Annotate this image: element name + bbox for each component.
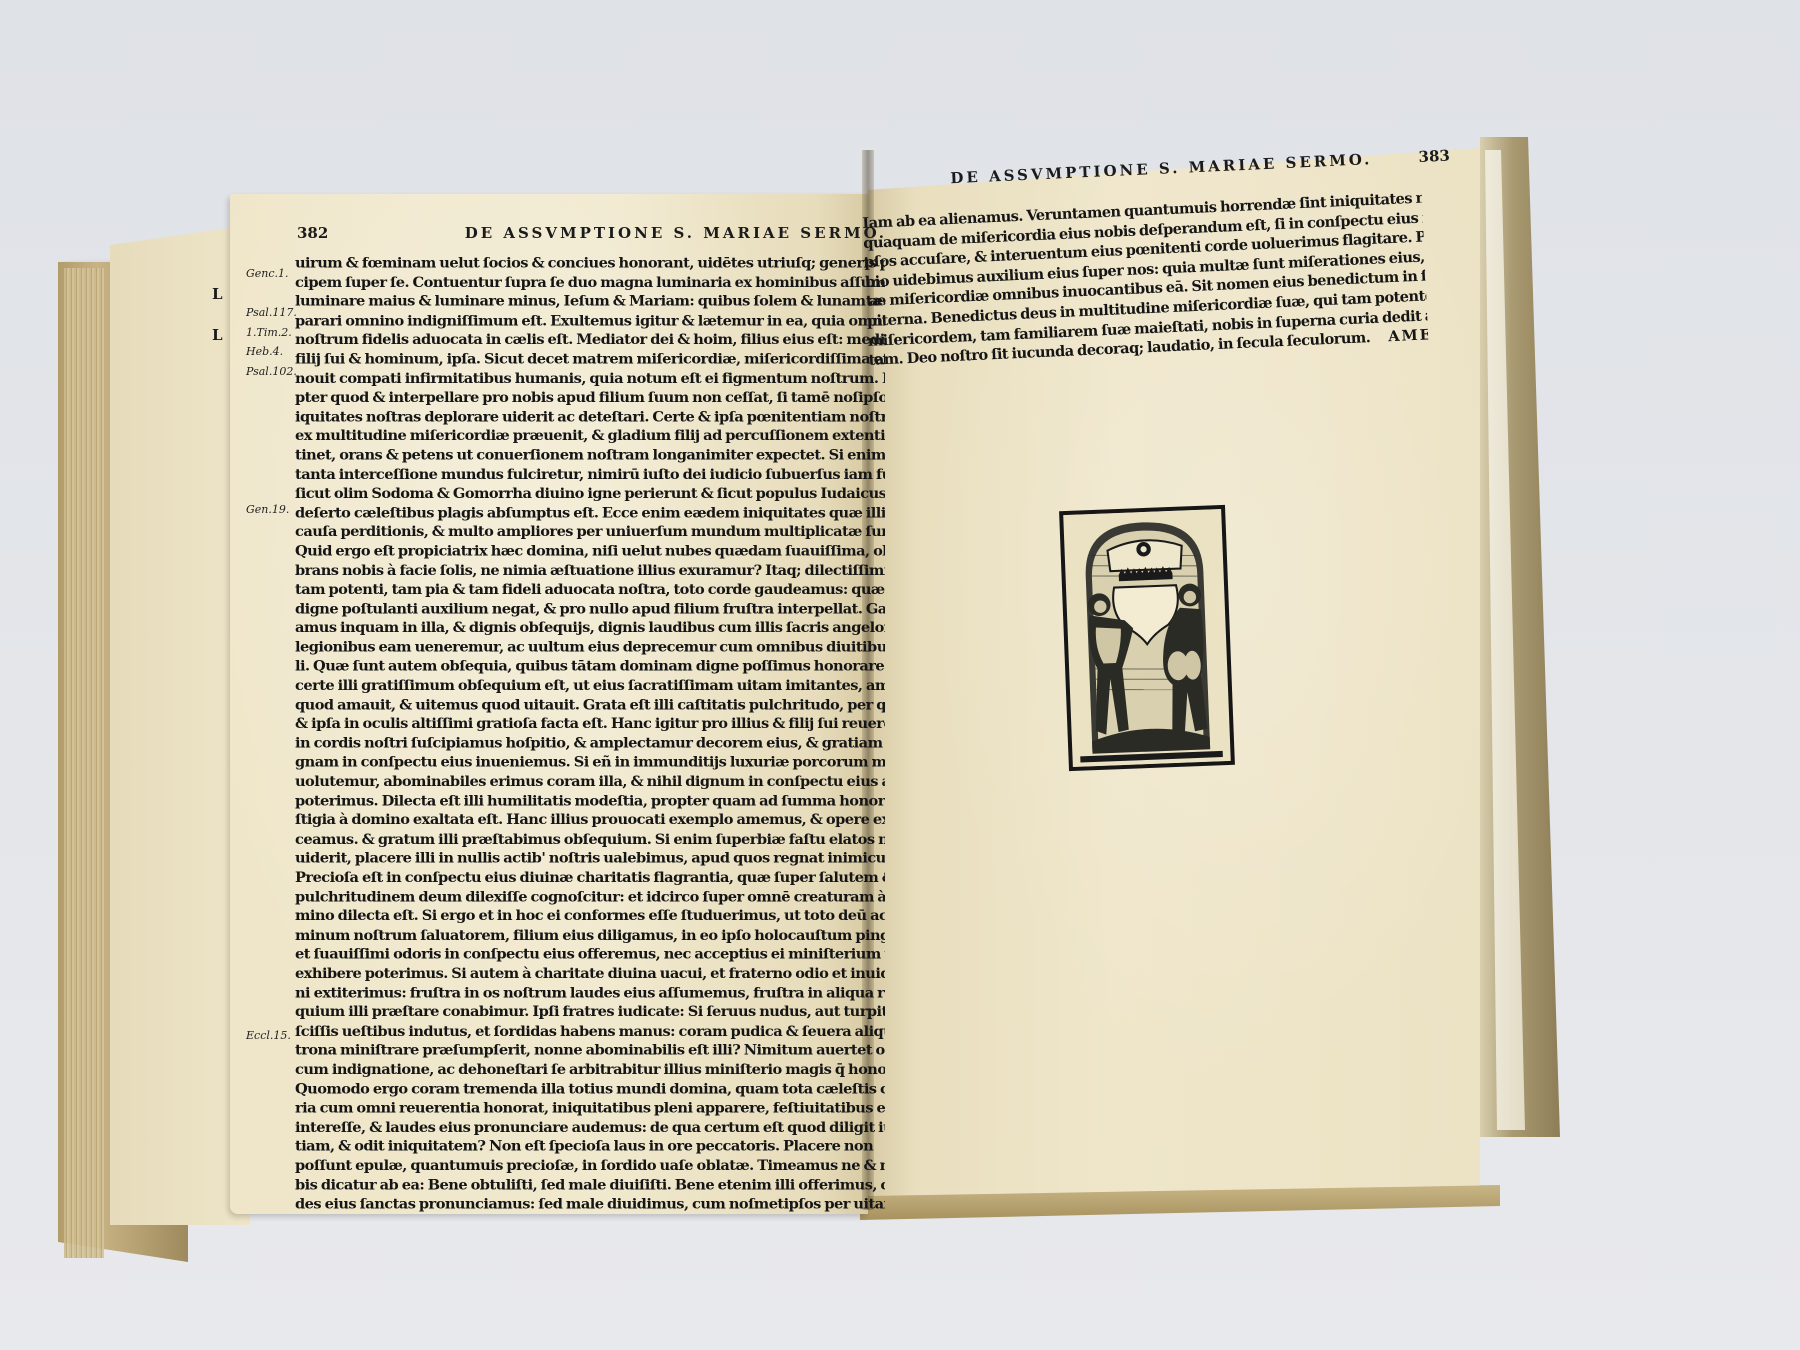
text-line: minum noſtrum ſaluatorem, filium eius di… [295,926,885,945]
margin-note: Heb.4. [246,345,283,358]
margin-note: 1.Tim.2. [246,326,292,339]
text-line: nouit compati infirmitatibus humanis, qu… [295,369,885,388]
text-line: Quomodo ergo coram tremenda illa totius … [295,1079,885,1098]
margin-note: Psal.117. [246,306,297,319]
running-head-left: DE ASSVMPTIONE S. MARIAE SERMO. [465,224,887,242]
left-page-text: uirum & fœminam uelut ſocios & conciues … [295,254,885,1214]
margin-note: Eccl.15. [246,1029,291,1042]
text-line: li. Quæ ſunt autem obſequia, quibus tāta… [295,657,885,676]
text-line: ceamus. & gratum illi præſtabimus obſequ… [295,830,885,849]
text-line: trona miniſtrare præſumpſerit, nonne abo… [295,1041,885,1060]
text-line: bis dicatur ab ea: Bene obtuliſti, ſed m… [295,1175,885,1194]
text-line: ex multitudine miſericordiæ præuenit, & … [295,427,885,446]
text-line: amus inquam in illa, & dignis obſequijs,… [295,619,885,638]
text-line: ſciſſis ueſtibus indutus, et ſordidas ha… [295,1022,885,1041]
text-line: ria cum omni reuerentia honorat, iniquit… [295,1099,885,1118]
text-line: digne poſtulanti auxilium negat, & pro n… [295,599,885,618]
text-line: des eius ſanctas pronunciamus: ſed male … [295,1195,885,1214]
page-number-right: 383 [1418,147,1450,166]
underlying-page-letter: L [212,285,223,303]
margin-note: Psal.102. [246,365,297,378]
closing-amen: AMEN. [1388,326,1429,346]
text-line: uolutemur, abominabiles erimus coram ill… [295,772,885,791]
woodcut-printers-device [1059,505,1235,771]
page-block-edge [64,268,104,1258]
underlying-page [110,225,250,1225]
woodcut-illustration-icon [1063,509,1231,767]
text-line: tinet, orans & petens ut conuerſionem no… [295,446,885,465]
text-line: ſtigia à domino exaltata eſt. Hanc illiu… [295,811,885,830]
text-line: & ipſa in oculis altiſſimi gratioſa fact… [295,715,885,734]
text-line: Precioſa eſt in conſpectu eius diuinæ ch… [295,868,885,887]
text-line: cipem ſuper ſe. Contuentur ſupra ſe duo … [295,273,885,292]
text-line: noſtrum fidelis aduocata in cælis eſt. M… [295,331,885,350]
text-line: in cordis noſtri ſuſcipiamus hoſpitio, &… [295,734,885,753]
underlying-page-letter: L [212,326,223,344]
text-line: mino dilecta eſt. Si ergo et in hoc ei c… [295,907,885,926]
text-line: pter quod & interpellare pro nobis apud … [295,388,885,407]
text-line: uiderit, placere illi in nullis actib' n… [295,849,885,868]
text-line: legionibus eam ueneremur, ac uultum eius… [295,638,885,657]
margin-note: Genc.1. [246,267,289,280]
text-line: pulchritudinem deum dilexiſſe cognoſcitu… [295,887,885,906]
book-photo: L L 382 DE ASSVMPTIONE S. MARIAE SERMO. … [0,0,1800,1350]
text-line: uirum & fœminam uelut ſocios & conciues … [295,254,885,273]
text-line: poſſunt epulæ, quantumuis precioſæ, in ſ… [295,1156,885,1175]
text-line: Quid ergo eſt propiciatrix hæc domina, n… [295,542,885,561]
page-number-left: 382 [297,224,328,242]
text-line: tiam, & odit iniquitatem? Non eſt ſpecio… [295,1137,885,1156]
text-line: tam potenti, tam pia & tam fideli aduoca… [295,580,885,599]
text-line: deſerto cæleſtibus plagis abſumptus eſt.… [295,503,885,522]
text-line: intereſſe, & laudes eius pronunciare aud… [295,1118,885,1137]
text-line: cum indignatione, ac dehoneſtari ſe arbi… [295,1060,885,1079]
text-line: quod amauit, & uitemus quod uitauit. Gra… [295,695,885,714]
text-line: tanta interceſſione mundus fulciretur, n… [295,465,885,484]
text-line: gnam in conſpectu eius inueniemus. Si eñ… [295,753,885,772]
left-page-header: 382 DE ASSVMPTIONE S. MARIAE SERMO. [297,224,887,242]
text-line: certe illi gratiſſimum obſequium eſt, ut… [295,676,885,695]
text-line: exhibere poterimus. Si autem à charitate… [295,964,885,983]
text-line: ni extiterimus: fruſtra in os noſtrum la… [295,983,885,1002]
text-line: iquitates noſtras deplorare uiderit ac d… [295,407,885,426]
text-line: filij ſui & hominum, ipſa. Sicut decet m… [295,350,885,369]
text-line: parari omnino indigniſſimum eſt. Exultem… [295,311,885,330]
text-line: et ſuauiſſimi odoris in conſpectu eius o… [295,945,885,964]
text-line: cauſa perditionis, & multo ampliores per… [295,523,885,542]
text-line: quium illi præſtare conabimur. Ipſi frat… [295,1003,885,1022]
margin-note: Gen.19. [246,503,289,516]
text-line: poterimus. Dilecta eſt illi humilitatis … [295,791,885,810]
right-page-text: Iam ab ea alienamus. Veruntamen quantumu… [862,189,1429,371]
text-line: luminare maius & luminare minus, Ieſum &… [295,292,885,311]
text-line: brans nobis à facie ſolis, ne nimia æſtu… [295,561,885,580]
text-line: ſicut olim Sodoma & Gomorrha diuino igne… [295,484,885,503]
